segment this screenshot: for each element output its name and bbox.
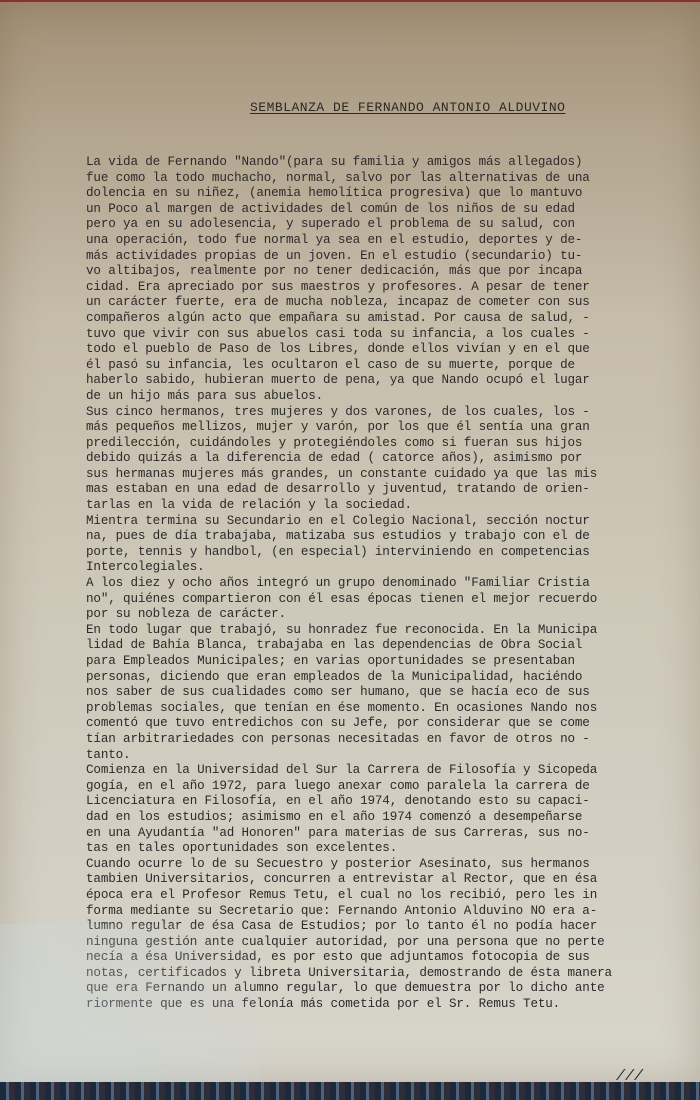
text-line: lumno regular de ésa Casa de Estudios; p… <box>86 919 696 935</box>
text-line: vo altibajos, realmente por no tener ded… <box>86 264 696 280</box>
text-line: porte, tennis y handbol, (en especial) i… <box>86 545 696 561</box>
text-line: que era Fernando un alumno regular, lo q… <box>86 981 696 997</box>
text-line: ninguna gestión ante cualquier autoridad… <box>86 935 696 951</box>
text-line: fue como la todo muchacho, normal, salvo… <box>86 171 696 187</box>
text-line: más pequeños mellizos, mujer y varón, po… <box>86 420 696 436</box>
text-line: debido quizás a la diferencia de edad ( … <box>86 451 696 467</box>
text-line: por su nobleza de carácter. <box>86 607 696 623</box>
text-line: En todo lugar que trabajó, su honradez f… <box>86 623 696 639</box>
text-line: todo el pueblo de Paso de los Libres, do… <box>86 342 696 358</box>
text-line: predilección, cuidándoles y protegiéndol… <box>86 436 696 452</box>
text-line: tuvo que vivir con sus abuelos casi toda… <box>86 327 696 343</box>
text-line: no", quiénes compartieron con él esas ép… <box>86 592 696 608</box>
document-title: SEMBLANZA DE FERNANDO ANTONIO ALDUVINO <box>0 100 700 115</box>
text-line: A los diez y ocho años integró un grupo … <box>86 576 696 592</box>
text-line: necía a ésa Universidad, es por esto que… <box>86 950 696 966</box>
text-line: problemas sociales, que tenían en ése mo… <box>86 701 696 717</box>
text-line: Mientra termina su Secundario en el Cole… <box>86 514 696 530</box>
text-line: un Poco al margen de actividades del com… <box>86 202 696 218</box>
scan-bottom-edge <box>0 1082 700 1100</box>
text-line: forma mediante su Secretario que: Fernan… <box>86 904 696 920</box>
text-line: una operación, todo fue normal ya sea en… <box>86 233 696 249</box>
text-line: pero ya en su adolesencia, y superado el… <box>86 217 696 233</box>
text-line: lidad de Bahía Blanca, trabajaba en las … <box>86 638 696 654</box>
text-line: en una Ayudantía "ad Honoren" para mater… <box>86 826 696 842</box>
text-line: Intercolegiales. <box>86 560 696 576</box>
text-line: un carácter fuerte, era de mucha nobleza… <box>86 295 696 311</box>
document-body: La vida de Fernando "Nando"(para su fami… <box>86 155 696 1013</box>
text-line: na, pues de día trabajaba, matizaba sus … <box>86 529 696 545</box>
text-line: Cuando ocurre lo de su Secuestro y poste… <box>86 857 696 873</box>
text-line: tarlas en la vida de relación y la socie… <box>86 498 696 514</box>
text-line: comentó que tuvo entredichos con su Jefe… <box>86 716 696 732</box>
text-line: tanto. <box>86 748 696 764</box>
text-line: tían arbitrariedades con personas necesi… <box>86 732 696 748</box>
text-line: La vida de Fernando "Nando"(para su fami… <box>86 155 696 171</box>
text-line: mas estaban en una edad de desarrollo y … <box>86 482 696 498</box>
text-line: cidad. Era apreciado por sus maestros y … <box>86 280 696 296</box>
text-line: compañeros algún acto que empañara su am… <box>86 311 696 327</box>
text-line: dolencia en su niñez, (anemia hemolítica… <box>86 186 696 202</box>
text-line: época era el Profesor Remus Tetu, el cua… <box>86 888 696 904</box>
text-line: riormente que es una felonía más cometid… <box>86 997 696 1013</box>
text-line: Licenciatura en Filosofía, en el año 197… <box>86 794 696 810</box>
typewritten-page: SEMBLANZA DE FERNANDO ANTONIO ALDUVINO L… <box>0 2 700 1084</box>
text-line: Comienza en la Universidad del Sur la Ca… <box>86 763 696 779</box>
text-line: más actividades propias de un joven. En … <box>86 249 696 265</box>
text-line: Sus cinco hermanos, tres mujeres y dos v… <box>86 405 696 421</box>
text-line: sus hermanas mujeres más grandes, un con… <box>86 467 696 483</box>
text-line: haberlo sabido, hubieran muerto de pena,… <box>86 373 696 389</box>
text-line: notas, certificados y libreta Universita… <box>86 966 696 982</box>
text-line: tambien Universitarios, concurren a entr… <box>86 872 696 888</box>
text-line: de un hijo más para sus abuelos. <box>86 389 696 405</box>
text-line: dad en los estudios; asimismo en el año … <box>86 810 696 826</box>
text-line: personas, diciendo que eran empleados de… <box>86 670 696 686</box>
text-line: él pasó su infancia, les ocultaron el ca… <box>86 358 696 374</box>
text-line: para Empleados Municipales; en varias op… <box>86 654 696 670</box>
text-line: tas en tales oportunidades son excelente… <box>86 841 696 857</box>
text-line: gogía, en el año 1972, para luego anexar… <box>86 779 696 795</box>
text-line: nos saber de sus cualidades como ser hum… <box>86 685 696 701</box>
